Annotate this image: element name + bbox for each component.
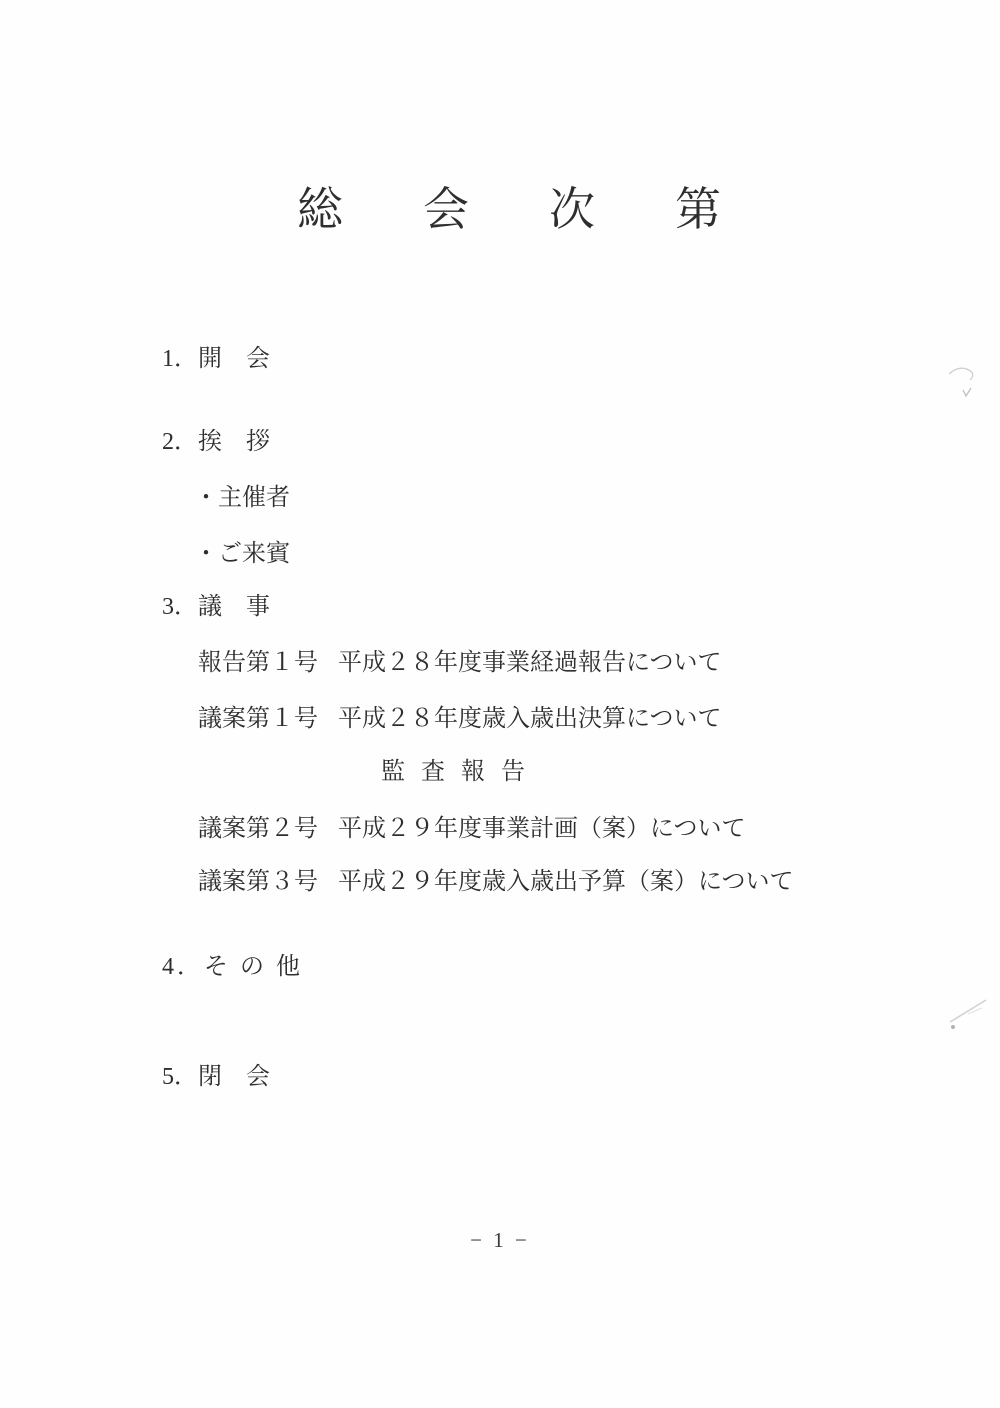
proceedings-row-bill-3: 議案第３号 平成２９年度歳入歳出予算（案）について bbox=[0, 869, 1000, 899]
agenda-item-2-greetings: 2．挨 拶 bbox=[162, 429, 270, 457]
proceedings-row-text: 平成２８年度歳入歳出決算について bbox=[338, 706, 722, 734]
greetings-sub-item-organizer: ・主催者 bbox=[194, 485, 290, 513]
scan-artifact bbox=[945, 362, 985, 410]
proceedings-row-label: 議案第２号 bbox=[198, 816, 318, 844]
proceedings-row-report-1: 報告第１号 平成２８年度事業経過報告について bbox=[0, 650, 1000, 680]
proceedings-row-label: 議案第３号 bbox=[198, 869, 318, 897]
scan-artifact bbox=[938, 992, 994, 1038]
agenda-item-3-proceedings: 3．議 事 bbox=[162, 594, 270, 622]
proceedings-row-label: 議案第１号 bbox=[198, 706, 318, 734]
proceedings-row-bill-2: 議案第２号 平成２９年度事業計画（案）について bbox=[0, 816, 1000, 846]
greetings-sub-item-guests: ・ご来賓 bbox=[194, 541, 290, 569]
agenda-item-5-closing: 5．閉 会 bbox=[162, 1064, 270, 1092]
proceedings-row-text: 平成２９年度歳入歳出予算（案）について bbox=[338, 869, 794, 897]
scanned-document-page: 総会次第 1．開 会 2．挨 拶 ・主催者 ・ご来賓 3．議 事 報告第１号 平… bbox=[0, 0, 1000, 1408]
proceedings-row-text: 平成２９年度事業計画（案）について bbox=[338, 816, 746, 844]
audit-report-heading: 監 査 報 告 bbox=[381, 759, 530, 787]
agenda-item-1-opening: 1．開 会 bbox=[162, 346, 270, 374]
proceedings-row-text: 平成２８年度事業経過報告について bbox=[338, 650, 722, 678]
document-title: 総会次第 bbox=[297, 187, 801, 233]
proceedings-row-label: 報告第１号 bbox=[198, 650, 318, 678]
page-number: − 1 − bbox=[0, 1228, 1000, 1253]
agenda-item-4-other: 4．そ の 他 bbox=[162, 954, 303, 982]
proceedings-row-bill-1: 議案第１号 平成２８年度歳入歳出決算について bbox=[0, 706, 1000, 736]
